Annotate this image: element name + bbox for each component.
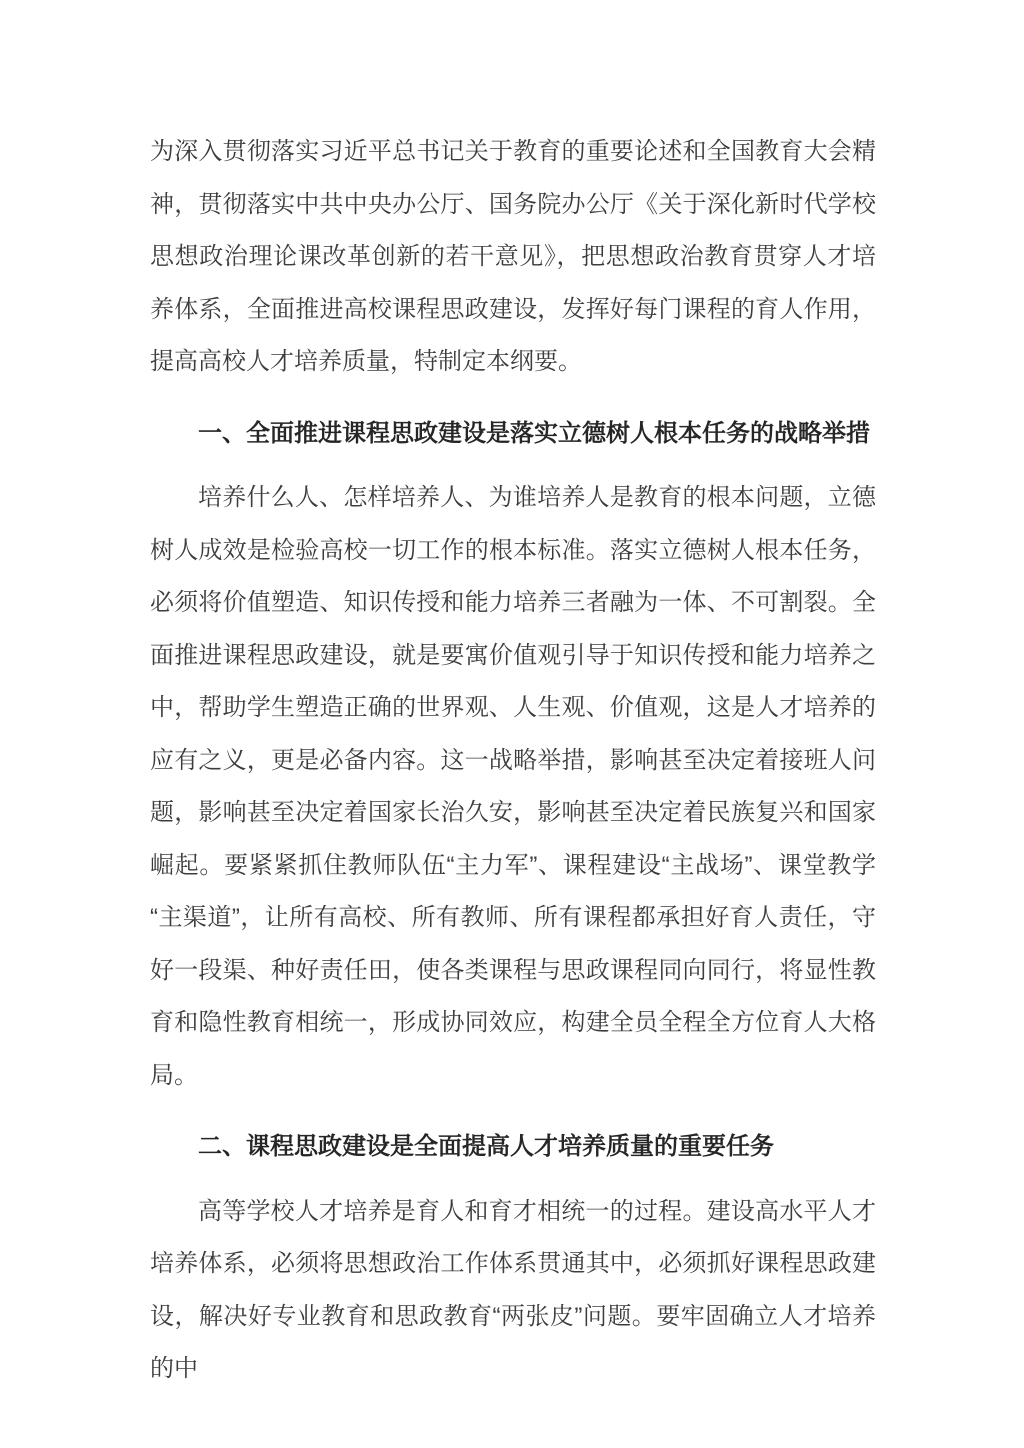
section-2-heading: 二、课程思政建设是全面提高人才培养质量的重要任务 [150, 1121, 876, 1174]
section-1-heading: 一、全面推进课程思政建设是落实立德树人根本任务的战略举措 [150, 408, 876, 461]
section-1-paragraph: 培养什么人、怎样培养人、为谁培养人是教育的根本问题，立德树人成效是检验高校一切工… [150, 472, 876, 1102]
document-page: 为深入贯彻落实习近平总书记关于教育的重要论述和全国教育大会精神，贯彻落实中共中央… [0, 0, 1024, 1448]
section-2-paragraph: 高等学校人才培养是育人和育才相统一的过程。建设高水平人才培养体系，必须将思想政治… [150, 1186, 876, 1396]
preamble-paragraph: 为深入贯彻落实习近平总书记关于教育的重要论述和全国教育大会精神，贯彻落实中共中央… [150, 126, 876, 389]
